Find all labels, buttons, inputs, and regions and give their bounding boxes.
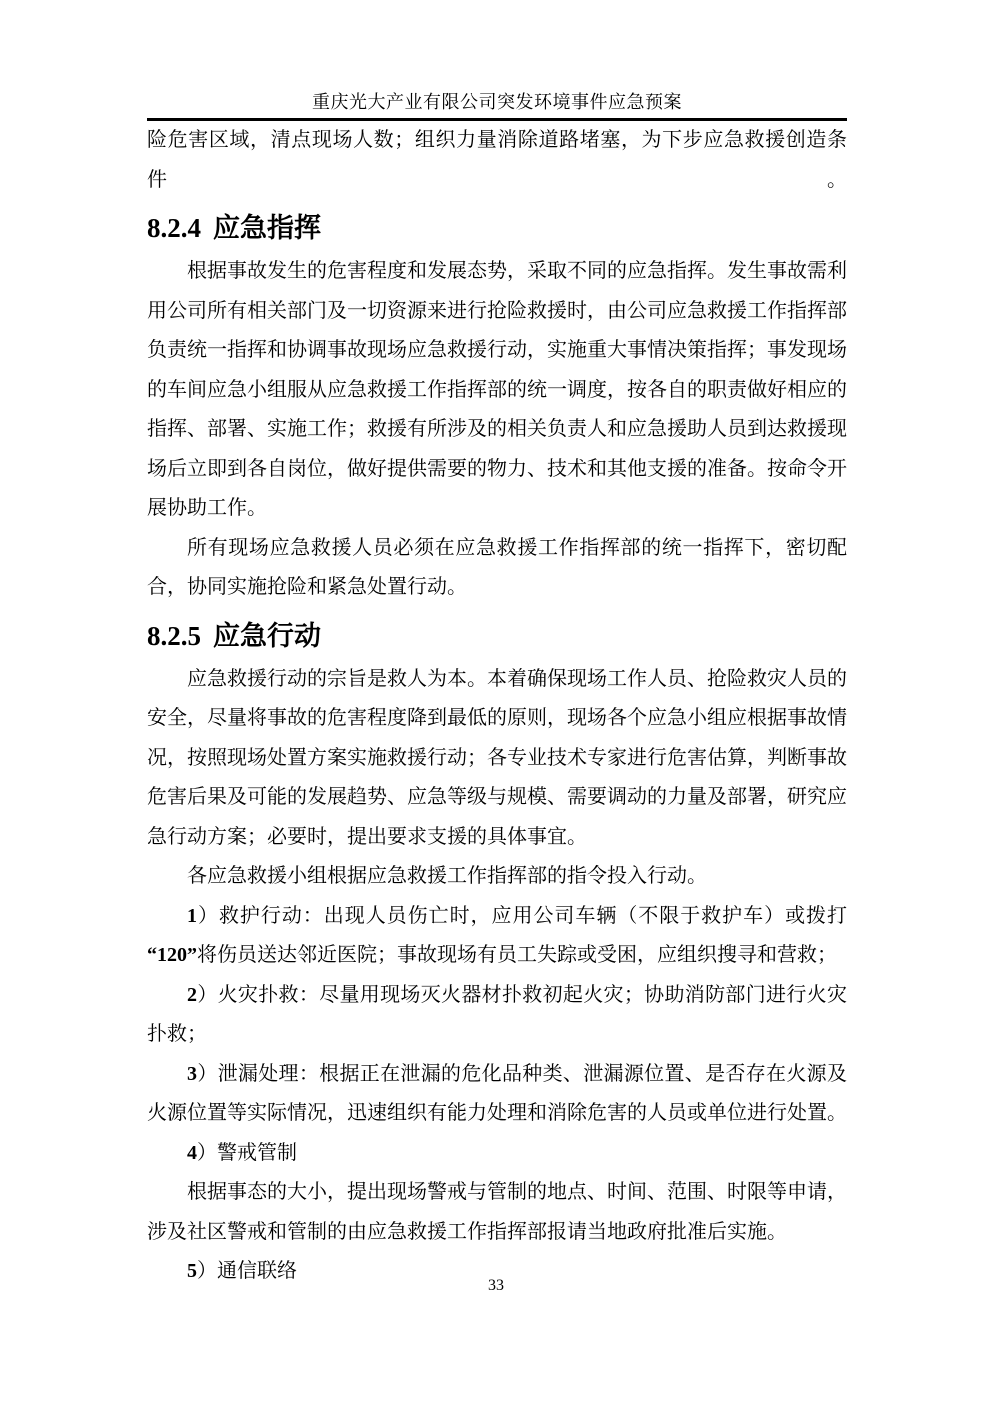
section-8-2-5-paragraph-3: 根据事态的大小，提出现场警戒与管制的地点、时间、范围、时限等申请，涉及社区警戒和… xyxy=(147,1173,847,1252)
section-number: 8.2.4 xyxy=(147,213,201,243)
document-body: 险危害区域，清点现场人数；组织力量消除道路堵塞，为下步应急救援创造条件。 8.2… xyxy=(147,121,847,1292)
section-title: 应急指挥 xyxy=(213,213,321,243)
header-title: 重庆光大产业有限公司突发环境事件应急预案 xyxy=(147,90,847,114)
item-text: 火灾扑救：尽量用现场灭火器材扑救初起火灾；协助消防部门进行火灾扑救； xyxy=(147,984,847,1046)
paragraph-continuation: 险危害区域，清点现场人数；组织力量消除道路堵塞，为下步应急救援创造条件。 xyxy=(147,121,847,200)
item-text: 泄漏处理：根据正在泄漏的危化品种类、泄漏源位置、是否存在火源及火源位置等实际情况… xyxy=(147,1063,847,1125)
section-title: 应急行动 xyxy=(213,621,321,651)
item-paren: ） xyxy=(197,905,219,927)
document-page: 重庆光大产业有限公司突发环境事件应急预案 险危害区域，清点现场人数；组织力量消除… xyxy=(0,0,992,1403)
list-item-3: 3）泄漏处理：根据正在泄漏的危化品种类、泄漏源位置、是否存在火源及火源位置等实际… xyxy=(147,1055,847,1134)
list-item-2: 2）火灾扑救：尽量用现场灭火器材扑救初起火灾；协助消防部门进行火灾扑救； xyxy=(147,976,847,1055)
section-8-2-5-paragraph-2: 各应急救援小组根据应急救援工作指挥部的指令投入行动。 xyxy=(147,857,847,897)
list-item-4: 4）警戒管制 xyxy=(147,1134,847,1174)
item-number: 2 xyxy=(187,984,197,1006)
section-heading-8-2-5: 8.2.5应急行动 xyxy=(147,619,847,653)
item-text: 将伤员送达邻近医院；事故现场有员工失踪或受困，应组织搜寻和营救； xyxy=(197,944,837,966)
item-text: 警戒管制 xyxy=(217,1142,297,1164)
item-emphasis: “120” xyxy=(147,944,197,966)
section-heading-8-2-4: 8.2.4应急指挥 xyxy=(147,211,847,245)
item-paren: ） xyxy=(197,1142,217,1164)
page-header: 重庆光大产业有限公司突发环境事件应急预案 xyxy=(147,0,847,121)
item-text: 救护行动：出现人员伤亡时，应用公司车辆（不限于救护车）或拨打 xyxy=(219,905,847,927)
item-number: 3 xyxy=(187,1063,197,1085)
item-paren: ） xyxy=(197,984,218,1006)
section-8-2-5-paragraph-1: 应急救援行动的宗旨是救人为本。本着确保现场工作人员、抢险救灾人员的安全，尽量将事… xyxy=(147,660,847,858)
page-footer: 33 xyxy=(0,1276,992,1296)
page-number: 33 xyxy=(488,1277,504,1294)
section-number: 8.2.5 xyxy=(147,621,201,651)
item-number: 4 xyxy=(187,1142,197,1164)
section-8-2-4-paragraph-1: 根据事故发生的危害程度和发展态势，采取不同的应急指挥。发生事故需利用公司所有相关… xyxy=(147,252,847,529)
section-8-2-4-paragraph-2: 所有现场应急救援人员必须在应急救援工作指挥部的统一指挥下，密切配合，协同实施抢险… xyxy=(147,529,847,608)
item-number: 1 xyxy=(187,905,197,927)
list-item-1: 1）救护行动：出现人员伤亡时，应用公司车辆（不限于救护车）或拨打“120”将伤员… xyxy=(147,897,847,976)
item-paren: ） xyxy=(197,1063,218,1085)
